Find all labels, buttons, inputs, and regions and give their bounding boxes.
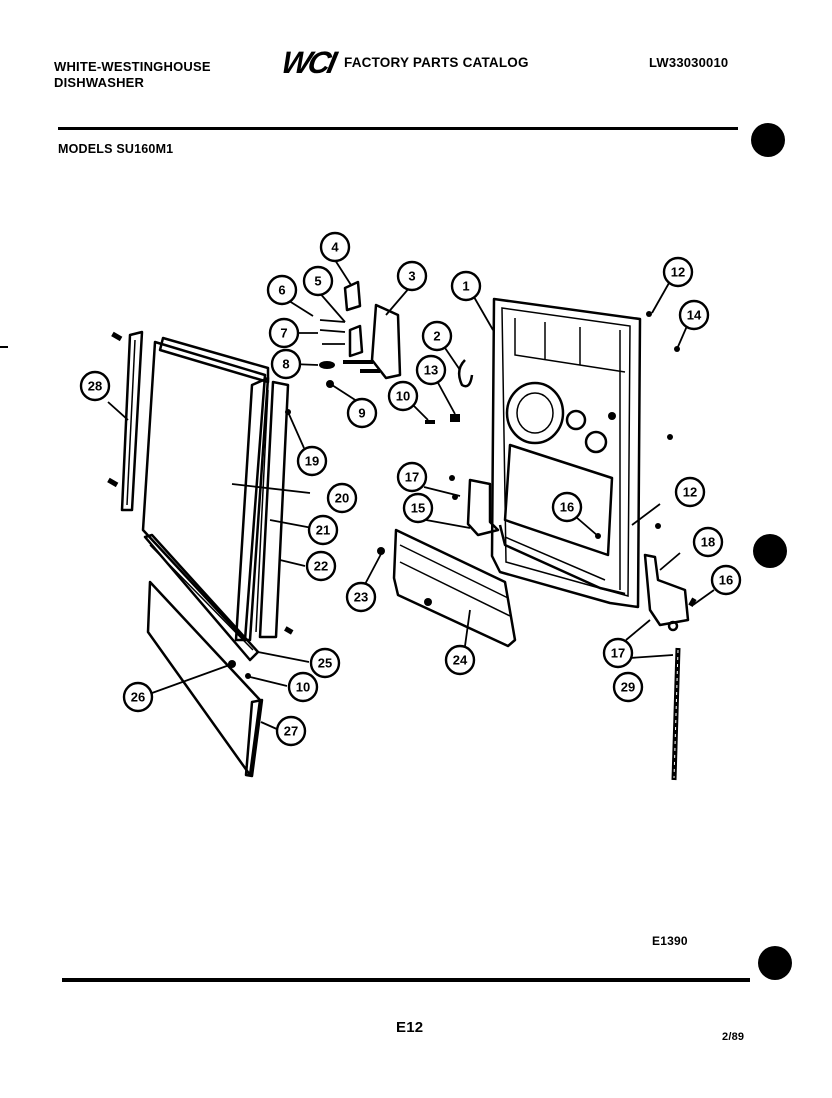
callout-21: 21 [309,516,337,544]
callout-27: 27 [277,717,305,745]
revision-date: 2/89 [722,1030,744,1045]
callout-14: 16 [553,493,581,521]
svg-text:25: 25 [318,656,332,671]
svg-text:28: 28 [88,379,102,394]
svg-text:3: 3 [408,269,415,284]
svg-text:15: 15 [411,501,425,516]
svg-text:13: 13 [424,363,438,378]
callout-28: 28 [81,372,109,400]
callout-17a: 17 [398,463,426,491]
svg-text:26: 26 [131,690,145,705]
svg-text:2: 2 [433,329,440,344]
callout-23: 23 [347,583,375,611]
svg-text:20: 20 [335,491,349,506]
callout-24: 24 [446,646,474,674]
svg-text:12: 12 [671,265,685,280]
svg-text:6: 6 [278,283,285,298]
callout-10b: 10 [289,673,317,701]
svg-text:7: 7 [280,326,287,341]
svg-text:18: 18 [701,535,715,550]
callout-3: 3 [398,262,426,290]
small-bracket [450,414,460,422]
callout-19: 19 [298,447,326,475]
callout-6: 6 [268,276,296,304]
callout-25: 25 [311,649,339,677]
inner-door-liner [143,338,288,640]
figure-code: E1390 [652,934,688,949]
svg-text:23: 23 [354,590,368,605]
callout-22: 22 [307,552,335,580]
svg-text:16: 16 [560,500,574,515]
callout-7: 7 [270,319,298,347]
callout-13: 14 [680,301,708,329]
callout-16b: 17 [604,639,632,667]
page-number: E12 [396,1020,423,1035]
kick-panel [148,582,260,775]
outer-door-panel [492,299,640,607]
svg-text:4: 4 [331,240,339,255]
svg-text:10: 10 [396,389,410,404]
callout-12a: 12 [664,258,692,286]
svg-text:14: 14 [687,308,702,323]
svg-text:24: 24 [453,653,468,668]
callout-9: 9 [348,399,376,427]
svg-text:8: 8 [282,357,289,372]
exploded-parts-diagram: 4 5 6 7 8 9 3 1 2 13 10 12 14 12 16 17 1… [0,0,832,1098]
callout-8: 8 [272,350,300,378]
side-trim [122,332,142,510]
screw [425,420,435,424]
wire-part [459,360,472,386]
svg-text:9: 9 [358,406,365,421]
svg-text:29: 29 [621,680,635,695]
svg-text:27: 27 [284,724,298,739]
svg-text:17: 17 [611,646,625,661]
svg-text:12: 12 [683,485,697,500]
svg-text:1: 1 [462,279,469,294]
svg-text:21: 21 [316,523,330,538]
callout-12b: 12 [676,478,704,506]
callout-29: 29 [614,673,642,701]
callout-1: 1 [452,272,480,300]
svg-text:10: 10 [296,680,310,695]
callout-5: 5 [304,267,332,295]
callout-16a: 15 [404,494,432,522]
callout-4: 4 [321,233,349,261]
bottom-rail [377,530,515,646]
callout-20: 20 [328,484,356,512]
svg-text:22: 22 [314,559,328,574]
callout-2: 2 [423,322,451,350]
svg-text:19: 19 [305,454,319,469]
footer-rule [62,978,750,982]
callouts: 4 5 6 7 8 9 3 1 2 13 10 12 14 12 16 17 1… [81,233,740,745]
svg-text:16: 16 [719,573,733,588]
callout-15: 16 [712,566,740,594]
callout-17b: 18 [694,528,722,556]
hinge-parts [319,282,400,388]
callout-26: 26 [124,683,152,711]
callout-11: 13 [417,356,445,384]
callout-10a: 10 [389,382,417,410]
svg-text:17: 17 [405,470,419,485]
svg-text:5: 5 [314,274,321,289]
